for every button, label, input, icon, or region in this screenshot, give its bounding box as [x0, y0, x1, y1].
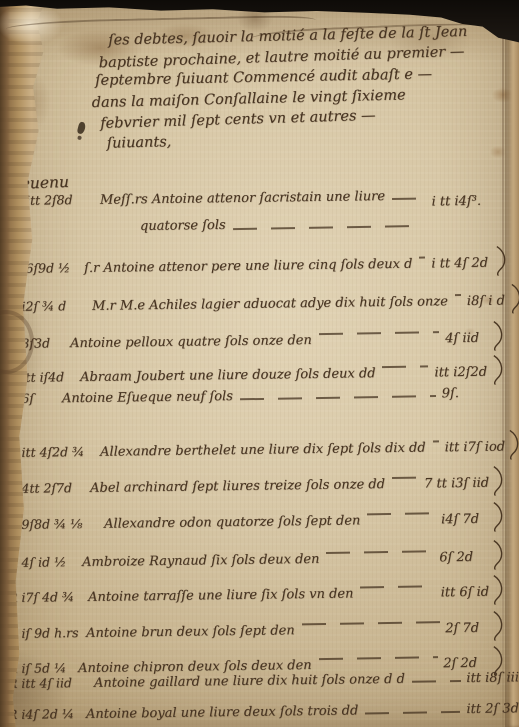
margin-code: cy itt 2ſ8d: [8, 192, 100, 208]
pen-flourish: [508, 429, 519, 459]
dash-line: [365, 711, 460, 715]
amount: i4ſ 7d: [441, 512, 491, 528]
dash-line: [433, 440, 439, 442]
margin-code: R itt 4ſ2d ¾: [8, 444, 100, 460]
margin-code: R iſ 9d h.rs: [8, 625, 86, 641]
pen-flourish: [510, 283, 519, 313]
dash-line: [319, 331, 439, 335]
amount: itt i2ſ2d: [434, 365, 491, 381]
ledger-row: R iſ 9d h.rs Antoine brun deux ſols ſept…: [8, 601, 505, 642]
amount-text: i tt i4ſ³.: [431, 194, 481, 210]
dash-line: [360, 585, 434, 588]
margin-code: R i6ſ9d ½: [8, 260, 84, 276]
dash-line: [392, 197, 425, 200]
amount: 2ſ 7d: [445, 621, 491, 637]
amount: itt 2ſ 3d: [466, 701, 519, 717]
dash-line: [392, 477, 418, 479]
entry-text: Ambroize Raynaud ſix ſols deux den: [82, 552, 320, 570]
header-paragraph: ſes debtes, ſauoir la moitié a la feſte …: [94, 21, 507, 154]
dash-line: [302, 621, 440, 625]
margin-code: R iſ 5d ¼: [8, 660, 78, 676]
pen-flourish: [492, 465, 505, 495]
margin-code: R 9ſ8d ¾ ⅛: [8, 516, 104, 532]
pen-flourish: [492, 574, 505, 604]
ledger-row: R i7ſ 4d ¾ Antoine tarraſſe une liure ſi…: [8, 565, 505, 606]
pen-flourish: [492, 354, 505, 384]
margin-code: R i2ſ ¾ d: [8, 298, 92, 314]
margin-code: R 4tt 2ſ7d: [8, 480, 90, 496]
amount: 7 tt i3ſ iid: [424, 476, 491, 492]
dash-line: [419, 257, 425, 259]
dash-line: [412, 680, 461, 683]
dash-line: [326, 550, 433, 554]
amount: itt i8ſ iii: [466, 670, 519, 686]
margin-code: R i7ſ 4d ¾: [8, 589, 88, 605]
amount: 9ſ.: [442, 385, 505, 401]
amount: itt 6ſ id: [441, 585, 492, 601]
dash-line: [367, 512, 435, 515]
entry-text: Antoine Eſueque neuf ſols: [62, 389, 233, 406]
pen-flourish: [492, 501, 505, 531]
margin-code: R 4ſ id ½: [8, 554, 82, 570]
amount: 4ſ iid: [445, 331, 491, 347]
entry-text: Antoine brun deux ſols ſept den: [86, 623, 295, 641]
ledger-row: R i2ſ ¾ d M.r M.e Achiles lagier aduocat…: [8, 274, 505, 315]
amount: i tt 4ſ 2d: [431, 256, 494, 272]
ledger-row: R 4ſ id ½ Ambroize Raynaud ſix ſols deux…: [8, 530, 505, 571]
amount: itt i7ſ iod: [445, 439, 508, 455]
dash-line: [382, 365, 428, 368]
ledger-row: R 9ſ8d ¾ ⅛ Allexandre odon quatorze ſols…: [8, 492, 505, 533]
margin-code: R itt iſ4d: [8, 369, 80, 385]
manuscript-page: ſes debtes, ſauoir la moitié a la feſte …: [0, 0, 519, 727]
dash-line: [455, 294, 461, 296]
margin-code: R i4ſ 2d ¼: [8, 706, 86, 722]
margin-code: R 6ſ: [8, 390, 62, 406]
margin-code: R itt 4ſ iid: [8, 675, 94, 691]
entry-text: quatorse ſols: [140, 218, 226, 234]
amount: 6ſ 2d: [439, 550, 491, 566]
amount: i8ſ i d: [467, 293, 509, 309]
ledger-row: R itt 4ſ2d ¾ Allexandre berthelet une li…: [8, 420, 505, 461]
pen-flourish: [495, 245, 508, 275]
ledger-row: R i6ſ9d ½ ſ.r Antoine attenor pere une l…: [8, 236, 505, 277]
amount: i tt i4ſ³.: [431, 187, 505, 203]
dash-line: [233, 225, 409, 230]
section-label-revenue: Reuenu: [9, 173, 70, 193]
ledger-row: R itt iſ4d Abraam Joubert une liure douz…: [8, 345, 505, 386]
ledger-row: R 4tt 2ſ7d Abel archinard ſept liures tr…: [8, 456, 505, 497]
dash-line: [319, 656, 438, 660]
dash-line: [240, 395, 436, 400]
